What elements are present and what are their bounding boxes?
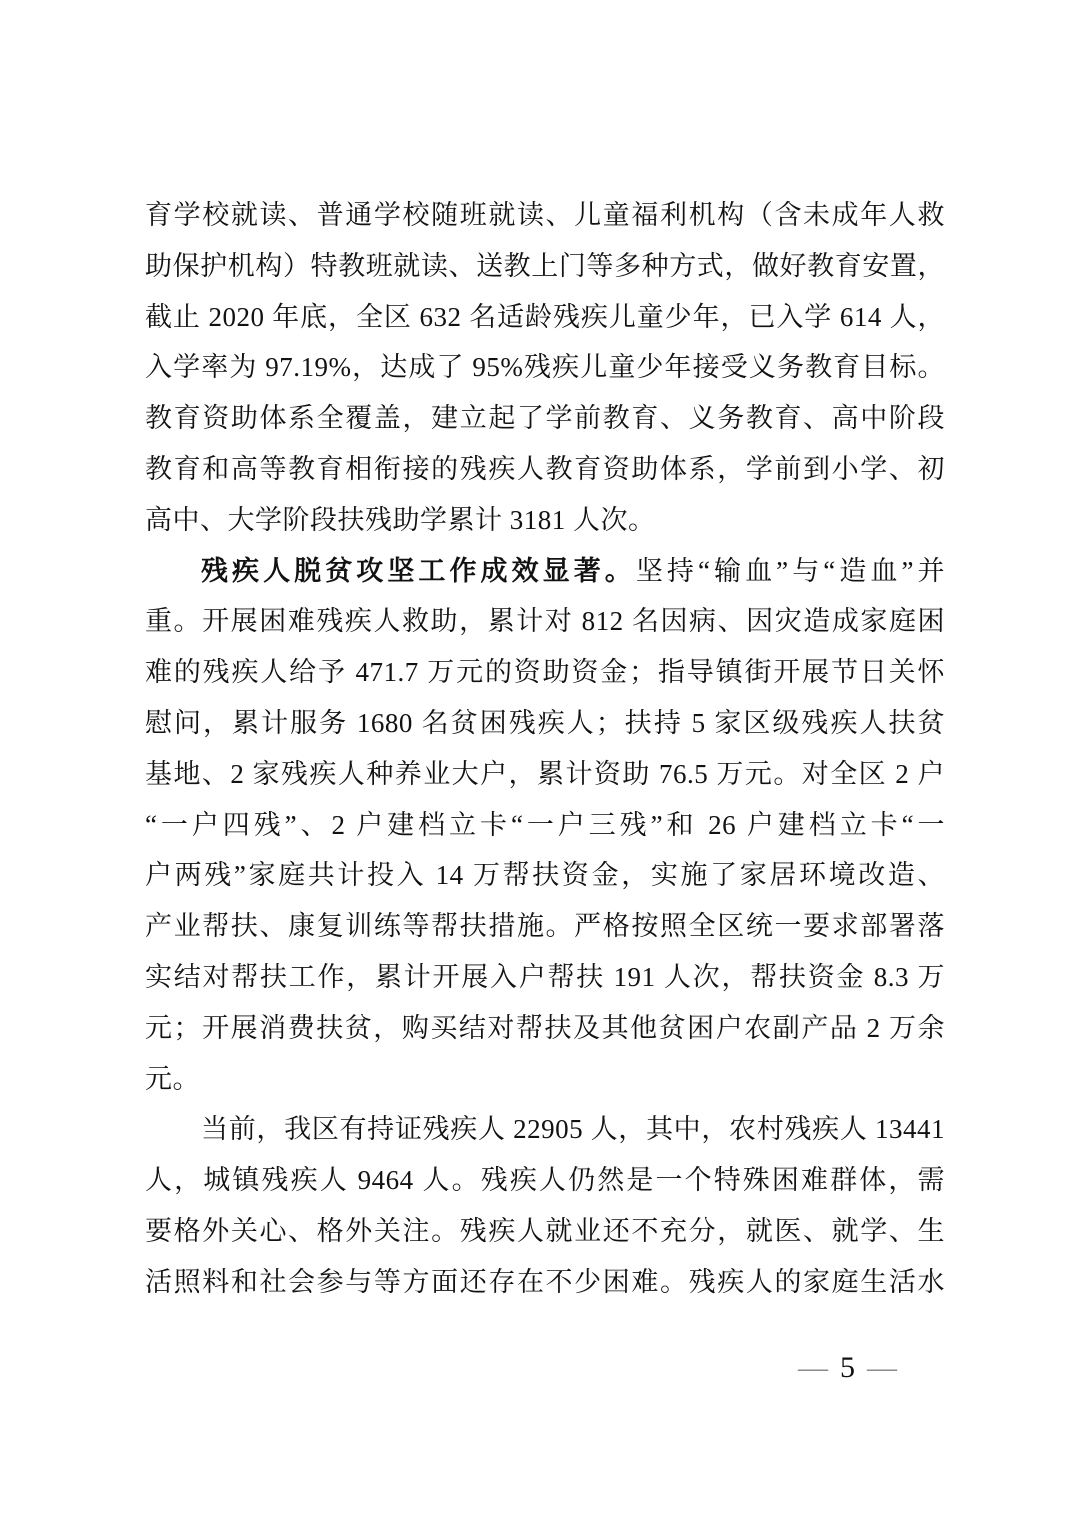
text-line: 活照料和社会参与等方面还存在不少困难。残疾人的家庭生活水 — [145, 1257, 945, 1308]
text-line: 截止 2020 年底，全区 632 名适龄残疾儿童少年，已入学 614 人， — [145, 292, 945, 343]
document-lines: 育学校就读、普通学校随班就读、儿童福利机构（含未成年人救助保护机构）特教班就读、… — [145, 190, 945, 1308]
text-line: 元。 — [145, 1054, 945, 1105]
text-segment: 助保护机构）特教班就读、送教上门等多种方式，做好教育安置， — [145, 251, 945, 281]
text-line: 入学率为 97.19%，达成了 95%残疾儿童少年接受义务教育目标。 — [145, 342, 945, 393]
text-segment: 活照料和社会参与等方面还存在不少困难。残疾人的家庭生活水 — [145, 1267, 945, 1297]
text-line: 高中、大学阶段扶残助学累计 3181 人次。 — [145, 495, 945, 546]
text-line: 残疾人脱贫攻坚工作成效显著。坚持“输血”与“造血”并 — [145, 546, 945, 597]
text-line: 慰问，累计服务 1680 名贫困残疾人；扶持 5 家区级残疾人扶贫 — [145, 698, 945, 749]
footer-dash-right: — — [857, 1351, 909, 1384]
text-segment: 教育资助体系全覆盖，建立起了学前教育、义务教育、高中阶段 — [145, 403, 945, 433]
text-line: “一户四残”、2 户建档立卡“一户三残”和 26 户建档立卡“一 — [145, 800, 945, 851]
text-segment: 育学校就读、普通学校随班就读、儿童福利机构（含未成年人救 — [145, 200, 945, 230]
text-segment: “一户四残”、2 户建档立卡“一户三残”和 26 户建档立卡“一 — [145, 810, 945, 840]
footer-dash-left: — — [788, 1351, 840, 1384]
text-line: 难的残疾人给予 471.7 万元的资助资金；指导镇街开展节日关怀 — [145, 647, 945, 698]
text-line: 重。开展困难残疾人救助，累计对 812 名因病、因灾造成家庭困 — [145, 596, 945, 647]
text-line: 助保护机构）特教班就读、送教上门等多种方式，做好教育安置， — [145, 241, 945, 292]
text-segment: 坚持“输血”与“造血”并 — [636, 556, 945, 586]
page-number: 5 — [840, 1351, 857, 1384]
text-segment: 慰问，累计服务 1680 名贫困残疾人；扶持 5 家区级残疾人扶贫 — [145, 708, 945, 738]
text-line: 要格外关心、格外关注。残疾人就业还不充分，就医、就学、生 — [145, 1206, 945, 1257]
page-footer: —5— — [788, 1348, 909, 1388]
text-line: 教育资助体系全覆盖，建立起了学前教育、义务教育、高中阶段 — [145, 393, 945, 444]
text-segment: 产业帮扶、康复训练等帮扶措施。严格按照全区统一要求部署落 — [145, 911, 945, 941]
text-segment: 当前，我区有持证残疾人 22905 人，其中，农村残疾人 13441 — [201, 1114, 945, 1144]
text-segment: 要格外关心、格外关注。残疾人就业还不充分，就医、就学、生 — [145, 1216, 945, 1246]
text-line: 元；开展消费扶贫，购买结对帮扶及其他贫困户农副产品 2 万余 — [145, 1003, 945, 1054]
text-segment: 教育和高等教育相衔接的残疾人教育资助体系，学前到小学、初 — [145, 454, 945, 484]
text-segment: 高中、大学阶段扶残助学累计 3181 人次。 — [145, 505, 656, 535]
bold-text-segment: 残疾人脱贫攻坚工作成效显著。 — [201, 556, 636, 586]
text-segment: 难的残疾人给予 471.7 万元的资助资金；指导镇街开展节日关怀 — [145, 657, 945, 687]
text-segment: 重。开展困难残疾人救助，累计对 812 名因病、因灾造成家庭困 — [145, 606, 945, 636]
text-line: 教育和高等教育相衔接的残疾人教育资助体系，学前到小学、初 — [145, 444, 945, 495]
text-line: 育学校就读、普通学校随班就读、儿童福利机构（含未成年人救 — [145, 190, 945, 241]
text-segment: 人，城镇残疾人 9464 人。残疾人仍然是一个特殊困难群体，需 — [145, 1165, 945, 1195]
text-segment: 实结对帮扶工作，累计开展入户帮扶 191 人次，帮扶资金 8.3 万 — [145, 962, 945, 992]
text-line: 户两残”家庭共计投入 14 万帮扶资金，实施了家居环境改造、 — [145, 850, 945, 901]
document-page: 育学校就读、普通学校随班就读、儿童福利机构（含未成年人救助保护机构）特教班就读、… — [0, 0, 1074, 1520]
text-line: 产业帮扶、康复训练等帮扶措施。严格按照全区统一要求部署落 — [145, 901, 945, 952]
text-line: 当前，我区有持证残疾人 22905 人，其中，农村残疾人 13441 — [145, 1104, 945, 1155]
text-line: 基地、2 家残疾人种养业大户，累计资助 76.5 万元。对全区 2 户 — [145, 749, 945, 800]
text-segment: 元；开展消费扶贫，购买结对帮扶及其他贫困户农副产品 2 万余 — [145, 1013, 945, 1043]
text-segment: 基地、2 家残疾人种养业大户，累计资助 76.5 万元。对全区 2 户 — [145, 759, 945, 789]
text-segment: 截止 2020 年底，全区 632 名适龄残疾儿童少年，已入学 614 人， — [145, 302, 945, 332]
text-segment: 元。 — [145, 1064, 200, 1094]
text-line: 人，城镇残疾人 9464 人。残疾人仍然是一个特殊困难群体，需 — [145, 1155, 945, 1206]
text-segment: 户两残”家庭共计投入 14 万帮扶资金，实施了家居环境改造、 — [145, 860, 945, 890]
text-line: 实结对帮扶工作，累计开展入户帮扶 191 人次，帮扶资金 8.3 万 — [145, 952, 945, 1003]
text-segment: 入学率为 97.19%，达成了 95%残疾儿童少年接受义务教育目标。 — [145, 352, 945, 382]
